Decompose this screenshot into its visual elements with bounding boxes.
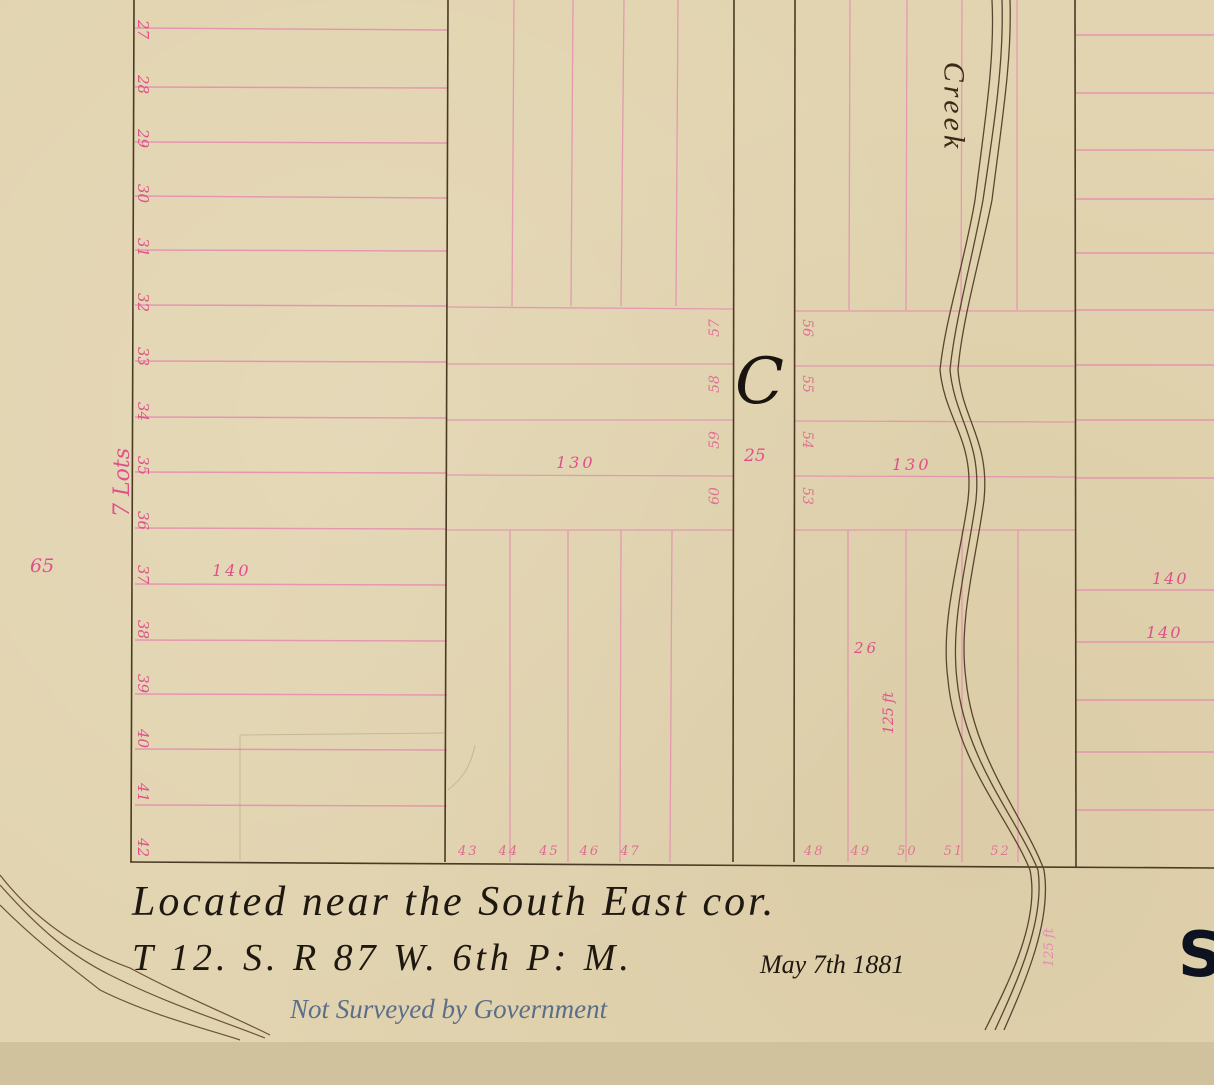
lot-number: 49 <box>851 844 872 859</box>
edge-letter: S <box>1178 918 1214 991</box>
lot-number: 54 <box>799 431 815 449</box>
lot-number: 58 <box>707 375 723 393</box>
center-block-lot-lines <box>447 0 733 862</box>
right-block-lot-lines <box>795 0 1075 862</box>
dimension-left-outer: 65 <box>30 555 54 577</box>
lot-number: 38 <box>134 620 152 639</box>
lot-number: 56 <box>799 319 815 337</box>
lot-number: 48 <box>804 844 825 859</box>
lot-number: 35 <box>134 456 152 475</box>
left-lot-numbers: 27282930313233343536373839404142 <box>128 20 168 840</box>
lot-number: 50 <box>897 844 918 859</box>
lot-number: 55 <box>799 375 815 393</box>
title-line-1: Located near the South East cor. <box>132 878 776 926</box>
far-right-block-lot-lines <box>1075 35 1214 810</box>
lot-number: 57 <box>707 319 723 337</box>
dimension-center-block: 130 <box>556 453 596 472</box>
lot-number: 39 <box>134 674 152 693</box>
lot-number: 28 <box>134 75 152 94</box>
lot-number: 52 <box>990 844 1011 859</box>
lot-number: 53 <box>799 487 815 505</box>
title-date: May 7th 1881 <box>760 950 904 980</box>
creek-label: Creek <box>936 62 970 153</box>
bottom-margin <box>0 1042 1214 1085</box>
lot-number: 29 <box>134 129 152 148</box>
left-block-lot-lines <box>135 28 447 806</box>
dimension-street: 25 <box>744 446 766 466</box>
lot-number: 51 <box>944 844 965 859</box>
lot-number: 32 <box>134 293 152 312</box>
left-side-label: 7 Lots <box>110 448 135 517</box>
lot-number: 36 <box>134 511 152 530</box>
lot-number: 37 <box>134 565 152 584</box>
title-line-2: T 12. S. R 87 W. 6th P: M. <box>132 936 633 980</box>
lot-number: 46 <box>580 844 601 859</box>
paper-crease <box>240 733 475 860</box>
right-edge-vertical: 125 ft <box>1042 928 1057 967</box>
dimension-far-right-1: 140 <box>1152 569 1189 588</box>
dimension-far-right-2: 140 <box>1146 623 1183 642</box>
dimension-right-block: 130 <box>892 455 932 474</box>
lot-number: 40 <box>134 729 152 748</box>
lot-number: 60 <box>707 487 723 505</box>
lot-number: 31 <box>134 238 152 257</box>
lot-number: 27 <box>134 20 152 39</box>
dimension-lower-right: 26 <box>854 639 879 657</box>
block-boundaries <box>130 0 1214 868</box>
dimension-left-block: 140 <box>212 561 252 580</box>
lot-number: 44 <box>499 844 520 859</box>
lot-number: 45 <box>539 844 560 859</box>
creek <box>940 0 1045 1030</box>
bottom-lot-numbers-right: 4849505152 <box>804 844 1011 859</box>
not-surveyed-note: Not Surveyed by Government <box>290 994 607 1025</box>
dimension-lower-right-vertical: 125 ft <box>881 692 897 734</box>
lot-number: 42 <box>134 838 152 857</box>
block-letter: C <box>735 345 784 419</box>
lot-number: 47 <box>620 844 641 859</box>
lot-number: 33 <box>134 347 152 366</box>
lot-number: 34 <box>134 402 152 421</box>
lot-number: 59 <box>707 431 723 449</box>
lot-number: 41 <box>134 783 152 802</box>
lot-number: 43 <box>458 844 479 859</box>
bottom-lot-numbers-left: 4344454647 <box>458 844 641 859</box>
lot-number: 30 <box>134 184 152 203</box>
